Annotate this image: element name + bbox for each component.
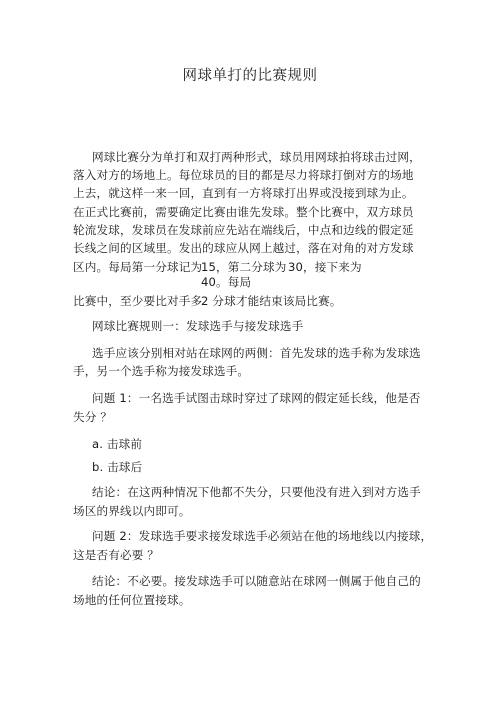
question-1-conclusion-line-2: 场区的界线以内即可。 xyxy=(73,503,190,519)
intro-line-2: 落入对方的场地上。每位球员的目的都是尽力将球打倒对方的场地 xyxy=(73,167,414,183)
final-line-part2: 2 分球才能结束该局比赛。 xyxy=(201,293,342,309)
intro-line-4: 在正式比赛前，需要确定比赛由谁先发球。整个比赛中，双方球员 xyxy=(73,204,414,220)
rule-one-text-line-2: 手，另一个选手称为接发球选手。 xyxy=(73,363,249,379)
scoring-line-part3: 30，接下来为 xyxy=(288,259,362,275)
intro-line-3: 上去，就这样一来一回，直到有一方将球打出界或没接到球为止。 xyxy=(73,185,414,201)
scoring-line-part4: 40。每局 xyxy=(201,274,251,290)
question-1-option-a: a. 击球前 xyxy=(92,436,142,452)
question-1-line-2: 失分 ？ xyxy=(73,409,112,425)
question-2-conclusion-line-2: 场地的任何位置接球。 xyxy=(73,592,190,608)
question-1-conclusion-line-1: 结论：在这两种情况下他都不失分，只要他没有进入到对方选手 xyxy=(92,484,421,500)
rule-one-heading: 网球比赛规则一：发球选手与接发球选手 xyxy=(92,318,303,334)
intro-line-5: 轮流发球，发球员在发球前应先站在端线后，中点和边线的假定延 xyxy=(73,222,414,238)
final-line-part1: 比赛中，至少要比对手多 xyxy=(73,293,202,309)
scoring-line-part2: 15，第二分球为 xyxy=(201,259,287,275)
document-title: 网球单打的比赛规则 xyxy=(0,64,500,85)
intro-line-6: 长线之间的区域里。发出的球应从网上越过，落在对角的对方发球 xyxy=(73,240,414,256)
scoring-line-part1: 区内。每局第一分球记为 xyxy=(73,259,202,275)
question-2-line-2: 这是否有必要 ？ xyxy=(73,547,159,563)
rule-one-text-line-1: 选手应该分别相对站在球网的两侧：首先发球的选手称为发球选 xyxy=(92,345,421,361)
question-1-option-b: b. 击球后 xyxy=(92,459,142,475)
document-page: 网球单打的比赛规则 网球比赛分为单打和双打两种形式，球员用网球拍将球击过网， 落… xyxy=(0,0,500,708)
question-2-line-1: 问题 2：发球选手要求接发球选手必须站在他的场地线以内接球， xyxy=(92,528,432,544)
question-2-conclusion-line-1: 结论：不必要。接发球选手可以随意站在球网一侧属于他自己的 xyxy=(92,573,421,589)
question-1-line-1: 问题 1：一名选手试图击球时穿过了球网的假定延长线，他是否 xyxy=(92,390,420,406)
intro-line-1: 网球比赛分为单打和双打两种形式，球员用网球拍将球击过网， xyxy=(92,149,421,165)
